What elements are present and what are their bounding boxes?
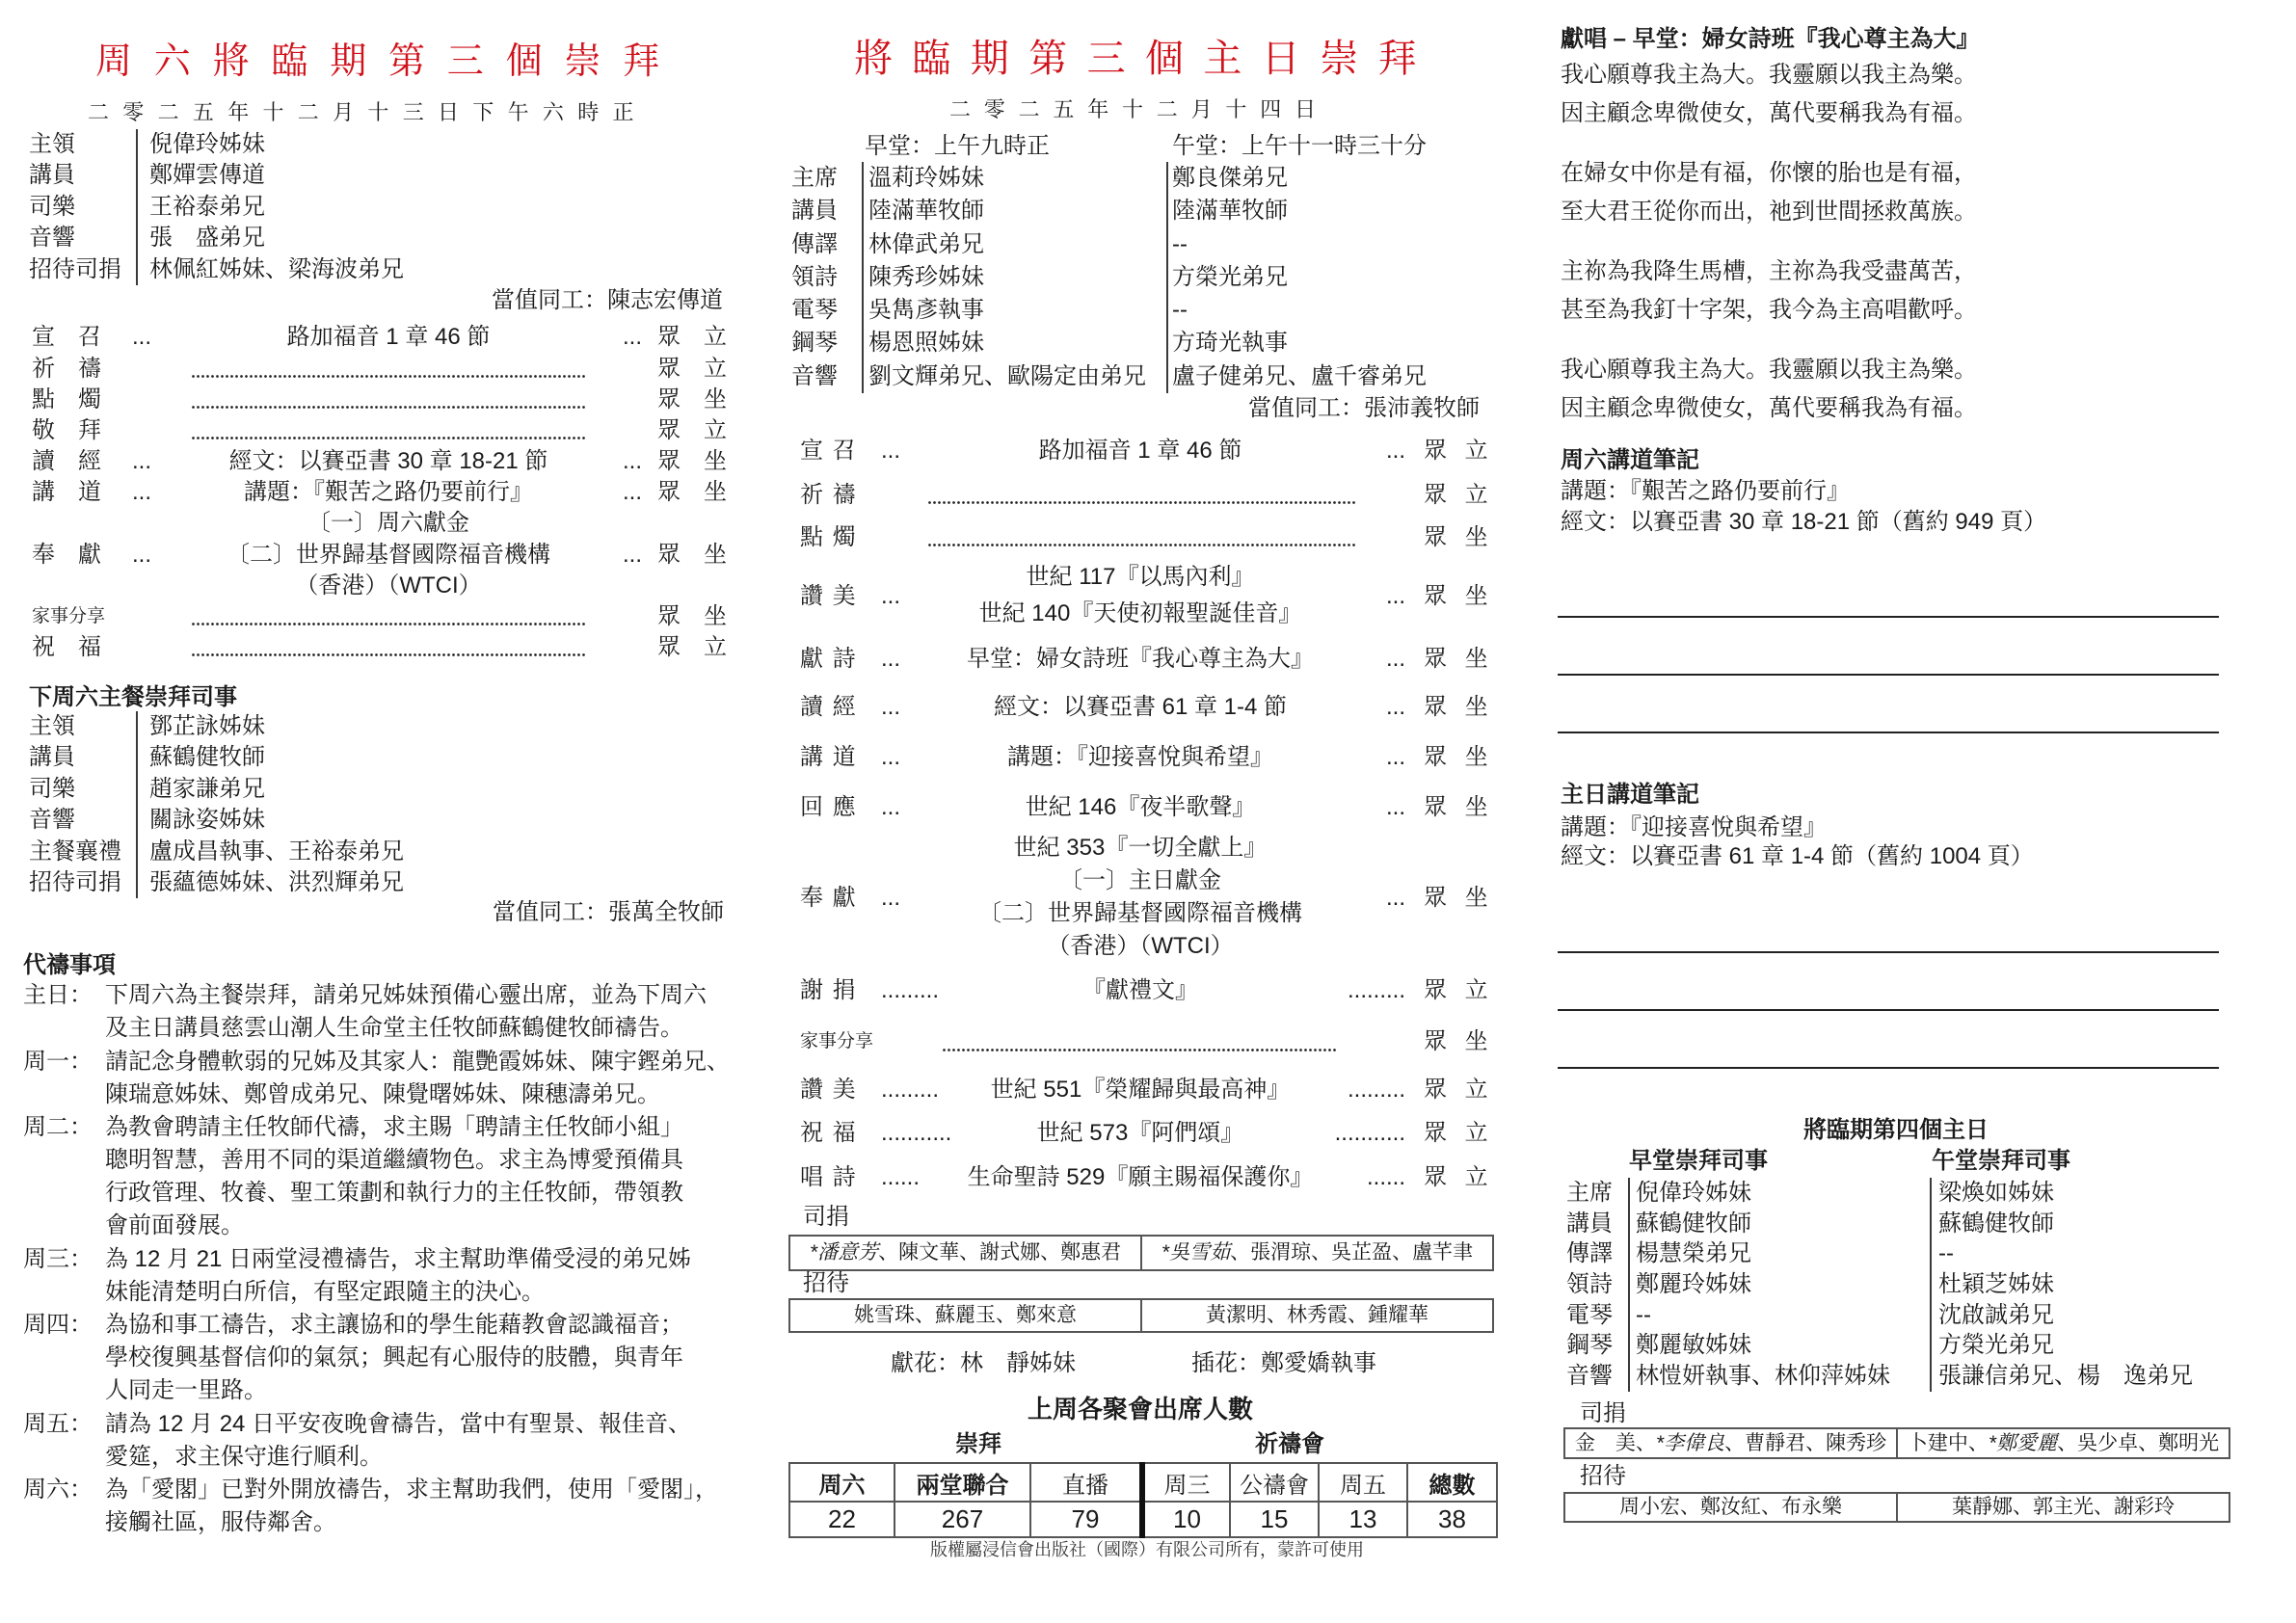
order-posture: 眾 坐: [657, 477, 727, 508]
order-posture: 眾 立: [1424, 480, 1488, 511]
attendance-value: 267: [894, 1502, 1030, 1537]
roster-role: 司樂: [29, 192, 136, 223]
prayer-line: 為協和事工禱告，求主讓協和的學生能藉教會認識福音；: [105, 1309, 683, 1342]
order-posture: 眾 立: [1424, 1118, 1488, 1149]
prayer-day: 主日：: [23, 979, 105, 1012]
order-posture: 眾 坐: [1424, 692, 1488, 723]
roster-early: --: [1628, 1300, 1930, 1331]
attendance-value: 79: [1030, 1502, 1142, 1537]
lyric-stanza: 我心願尊我主為大。我靈願以我主為樂。 因主顧念卑微使女，萬代要稱我為有福。: [1561, 56, 1977, 133]
roster-role: 領詩: [1566, 1269, 1628, 1300]
order-item: 祝 福: [800, 1118, 856, 1149]
prayer-day: 周五：: [23, 1408, 105, 1441]
prayer-heading: 代禱事項: [23, 950, 116, 981]
roster-early: 楊慧榮弟兄: [1628, 1238, 1930, 1269]
order-content: 世紀 573『阿們頌』: [928, 1118, 1352, 1149]
saturday-title: 周六將臨期第三個崇拜: [95, 39, 681, 85]
order-trail-dots: .........: [1323, 975, 1405, 1006]
order-trail-dots: ...: [1323, 742, 1405, 773]
note-writing-line: [1558, 951, 2219, 953]
roster-early: 倪偉玲姊妹: [1628, 1178, 1930, 1209]
order-trail-dots: ...: [623, 540, 642, 572]
roster-late: --: [1930, 1238, 1954, 1269]
order-content: 講題：『迎接喜悅與希望』: [928, 742, 1352, 773]
roster-role: 電琴: [791, 294, 862, 327]
lyric-stanza: 我心願尊我主為大。我靈願以我主為樂。 因主顧念卑微使女，萬代要稱我為有福。: [1561, 351, 1977, 428]
order-posture: 眾 坐: [1424, 581, 1488, 612]
order-lead-dots: ...: [132, 446, 151, 477]
order-lead-dots: ...: [881, 692, 900, 723]
order-content: 路加福音 1 章 46 節: [928, 436, 1352, 466]
roster-role: 鋼琴: [791, 327, 862, 359]
offering-names: 卜建中、: [1908, 1432, 1989, 1454]
next-saturday-roster: 主領鄧芷詠姊妹 講員蘇鶴健牧師 司樂趙家謙弟兄 音響關詠姿姊妹 主餐襄禮盧成昌執…: [29, 711, 404, 898]
order-item: 講 道: [800, 742, 856, 773]
offering-table: *潘意芳、陳文華、謝式娜、鄭惠君 *吳雪茹、張渭琼、吳芷盈、盧芊聿: [788, 1235, 1494, 1271]
prayer-line: 接觸社區，服侍鄰舍。: [105, 1506, 718, 1539]
saturday-duty-staff: 當值同工：陳志宏傳道: [434, 285, 723, 316]
dotted-leader: [942, 1049, 1338, 1051]
lyric-line: 我心願尊我主為大。我靈願以我主為樂。: [1561, 351, 1977, 389]
offering-lead-name: *李偉良: [1656, 1432, 1724, 1454]
prayer-line: 行政管理、牧養、聖工策劃和執行力的主任牧師，帶領教: [105, 1177, 683, 1210]
roster-name: 關詠姿姊妹: [136, 805, 265, 836]
note-writing-line: [1558, 732, 2219, 733]
note-writing-line: [1558, 674, 2219, 676]
order-item: 家事分享: [32, 601, 105, 632]
note-writing-line: [1558, 616, 2219, 618]
order-content-line: 〔二〕世界歸基督國際福音機構: [191, 540, 586, 572]
roster-early: 吳雋彥執事: [862, 294, 1166, 327]
offering-lead-name: *潘意芳: [810, 1241, 878, 1264]
roster-role: 司樂: [29, 774, 136, 805]
roster-role: 講員: [29, 742, 136, 773]
order-posture: 眾 坐: [1424, 792, 1488, 823]
lyric-line: 因主顧念卑微使女，萬代要稱我為有福。: [1561, 389, 1977, 428]
roster-late: 方榮光弟兄: [1930, 1330, 2054, 1361]
roster-late: --: [1166, 294, 1188, 327]
roster-name: 張蘊德姊妹、洪烈輝弟兄: [136, 867, 404, 898]
roster-late: --: [1166, 228, 1188, 261]
roster-name: 鄭嬋雲傳道: [136, 160, 265, 191]
next-sunday-late-header: 午堂崇拜司事: [1932, 1146, 2070, 1177]
order-lead-dots: ...: [881, 792, 900, 823]
order-lead-dots: ...: [881, 742, 900, 773]
roster-role: 主席: [1566, 1178, 1628, 1209]
roster-early: 鄭麗敏姊妹: [1628, 1330, 1930, 1361]
prayer-line: 請為 12 月 24 日平安夜晚會禱告，當中有聖景、報佳音、: [105, 1408, 691, 1441]
next-sunday-offering-table: 金 美、*李偉良、曹靜君、陳秀珍 卜建中、*鄭愛麗、吳少卓、鄭明光: [1563, 1427, 2230, 1459]
prayer-item: 周四： 為協和事工禱告，求主讓協和的學生能藉教會認識福音；學校復興基督信仰的氣氛…: [23, 1309, 730, 1407]
roster-row: 傳譯林偉武弟兄--: [791, 228, 1427, 261]
order-posture: 眾 立: [657, 632, 727, 663]
saturday-roster: 主領倪偉玲姊妹 講員鄭嬋雲傳道 司樂王裕泰弟兄 音響張 盛弟兄 招待司捐林佩紅姊…: [29, 129, 404, 285]
order-trail-dots: ...: [623, 446, 642, 477]
sunday-date: 二零二五年十二月十四日: [949, 94, 1329, 125]
order-trail-dots: .........: [1323, 1075, 1405, 1105]
roster-early: 林偉武弟兄: [862, 228, 1166, 261]
roster-late: 方琦光執事: [1166, 327, 1288, 359]
roster-role: 鋼琴: [1566, 1330, 1628, 1361]
dotted-leader: [191, 437, 586, 439]
order-content: 講題：『艱苦之路仍要前行』: [191, 477, 586, 508]
order-item: 講 道: [32, 477, 101, 508]
order-trail-dots: ...........: [1323, 1118, 1405, 1149]
note-writing-line: [1558, 1067, 2219, 1069]
order-posture: 眾 立: [1424, 1075, 1488, 1105]
order-posture: 眾 立: [657, 354, 727, 385]
order-posture: 眾 坐: [1424, 644, 1488, 675]
order-posture: 眾 坐: [1424, 1026, 1488, 1057]
order-item: 唱 詩: [800, 1162, 856, 1193]
order-item: 讀 經: [800, 692, 856, 723]
roster-early: 劉文輝弟兄、歐陽定由弟兄: [862, 360, 1166, 393]
roster-role: 音響: [29, 223, 136, 253]
order-posture: 眾 坐: [1424, 883, 1488, 914]
prayer-day: 周二：: [23, 1111, 105, 1144]
attendance-group-prayer: 祈禱會: [1193, 1429, 1386, 1460]
flower-arranging: 插花：鄭愛嬌執事: [1191, 1348, 1376, 1379]
prayer-item: 周三： 為 12 月 21 日兩堂浸禮禱告，求主幫助準備受浸的弟兄姊妹能清楚明白…: [23, 1243, 730, 1309]
next-saturday-heading: 下周六主餐崇拜司事: [29, 682, 237, 713]
next-sunday-ushers-label: 招待: [1580, 1461, 1626, 1492]
offering-cell-late: *吳雪茹、張渭琼、吳芷盈、盧芊聿: [1140, 1237, 1492, 1269]
order-trail-dots: ...: [1323, 581, 1405, 612]
order-lead-dots: ...: [881, 581, 900, 612]
order-posture: 眾 立: [1424, 1162, 1488, 1193]
prayer-line: 為教會聘請主任牧師代禱，求主賜「聘請主任牧師小組」: [105, 1111, 683, 1144]
roster-late: 杜穎芝姊妹: [1930, 1269, 2054, 1300]
lyric-line: 在婦女中你是有福，你懷的胎也是有福，: [1561, 154, 1977, 193]
order-lead-dots: ...: [132, 322, 151, 353]
order-item: 家事分享: [800, 1026, 873, 1057]
roster-role: 講員: [1566, 1209, 1628, 1239]
sunday-notes-scripture: 經文：以賽亞書 61 章 1-4 節（舊約 1004 頁）: [1561, 841, 2034, 872]
order-trail-dots: ...: [623, 477, 642, 508]
prayer-item: 周六： 為「愛閣」已對外開放禱告，求主幫助我們，使用「愛閣」，接觸社區，服侍鄰舍…: [23, 1474, 730, 1539]
order-posture: 眾 立: [657, 322, 727, 353]
order-content-line: 〔二〕世界歸基督國際福音機構: [928, 897, 1352, 930]
order-lead-dots: ......: [881, 1162, 920, 1193]
roster-role: 招待司捐: [29, 867, 136, 898]
order-content: 經文：以賽亞書 30 章 18-21 節: [191, 446, 586, 477]
ushers-cell-late: 黃潔明、林秀霞、鍾耀華: [1140, 1300, 1492, 1331]
order-trail-dots: ...: [1323, 692, 1405, 723]
order-item: 奉 獻: [800, 883, 856, 914]
roster-late: 梁煥如姊妹: [1930, 1178, 2054, 1209]
roster-role: 主餐襄禮: [29, 837, 136, 867]
roster-role: 音響: [791, 360, 862, 393]
order-content: 生命聖詩 529『願主賜福保護你』: [928, 1162, 1352, 1193]
order-trail-dots: ......: [1323, 1162, 1405, 1193]
order-item: 點 燭: [32, 385, 101, 415]
order-content: 經文：以賽亞書 61 章 1-4 節: [928, 692, 1352, 723]
sunday-notes-heading: 主日講道筆記: [1561, 780, 1699, 811]
attendance-value: 22: [789, 1502, 894, 1537]
roster-early: 林愷妍執事、林仰萍姊妹: [1628, 1361, 1930, 1392]
order-content: 世紀 146『夜半歌聲』: [928, 792, 1352, 823]
roster-row: 鋼琴鄭麗敏姊妹方榮光弟兄: [1566, 1330, 2193, 1361]
dotted-leader: [191, 653, 586, 656]
order-posture: 眾 立: [1424, 436, 1488, 466]
order-trail-dots: ...: [1323, 644, 1405, 675]
lyric-line: 至大君王從你而出，祂到世間拯救萬族。: [1561, 193, 1977, 231]
roster-early: 陸滿華牧師: [862, 195, 1166, 227]
roster-row: 主席溫莉玲姊妹鄭良傑弟兄: [791, 162, 1427, 195]
prayer-line: 陳瑞意姊妹、鄭曾成弟兄、陳覺曙姊妹、陳穗濤弟兄。: [105, 1078, 730, 1111]
roster-row: 講員陸滿華牧師陸滿華牧師: [791, 195, 1427, 227]
prayer-item: 周一： 請記念身體軟弱的兄姊及其家人：龍艷霞姊妹、陳宇鏗弟兄、陳瑞意姊妹、鄭曾成…: [23, 1046, 730, 1111]
prayer-day: 周一：: [23, 1046, 105, 1078]
sunday-title: 將臨期第三個主日崇拜: [854, 36, 1436, 82]
prayer-day: 周三：: [23, 1243, 105, 1276]
prayer-day: 周四：: [23, 1309, 105, 1342]
prayer-line: 學校復興基督信仰的氣氛；興起有心服侍的肢體，與青年: [105, 1342, 683, 1374]
offering-names: 、吳少卓、鄭明光: [2057, 1432, 2219, 1454]
roster-row: 傳譯楊慧榮弟兄--: [1566, 1238, 2193, 1269]
roster-late: 鄭良傑弟兄: [1166, 162, 1288, 195]
next-sunday-ushers-table: 周小宏、鄭汝紅、布永樂 葉靜娜、郭主光、謝彩玲: [1563, 1492, 2230, 1523]
order-content-line: （香港）（WTCI）: [928, 930, 1352, 963]
prayer-day: 周六：: [23, 1474, 105, 1506]
order-content-line: 〔一〕周六獻金: [191, 508, 586, 540]
order-item: 奉 獻: [32, 540, 101, 572]
lyric-stanza: 主祢為我降生馬槽，主祢為我受盡萬苦， 甚至為我釘十字架，我今為主高唱歡呼。: [1561, 253, 1977, 330]
ushers-cell-late: 葉靜娜、郭主光、謝彩玲: [1896, 1494, 2229, 1521]
saturday-notes-topic: 講題：『艱苦之路仍要前行』: [1561, 476, 1850, 507]
next-sunday-title: 將臨期第四個主日: [1703, 1115, 2089, 1146]
note-writing-line: [1558, 1009, 2219, 1011]
roster-row: 司樂趙家謙弟兄: [29, 774, 404, 805]
roster-row: 音響張 盛弟兄: [29, 223, 404, 253]
order-item: 宣 召: [32, 322, 101, 353]
roster-early: 蘇鶴健牧師: [1628, 1209, 1930, 1239]
order-trail-dots: ...: [1323, 883, 1405, 914]
order-lead-dots: ...: [881, 644, 900, 675]
order-item: 祝 福: [32, 632, 101, 663]
order-posture: 眾 坐: [657, 601, 727, 632]
sunday-duty-staff: 當值同工：張沛義牧師: [1190, 393, 1480, 424]
anthem-heading: 獻唱 – 早堂：婦女詩班『我心尊主為大』: [1561, 24, 1980, 55]
roster-row: 電琴吳雋彥執事--: [791, 294, 1427, 327]
order-posture: 眾 坐: [657, 385, 727, 415]
lyric-line: 甚至為我釘十字架，我今為主高唱歡呼。: [1561, 291, 1977, 330]
order-content-line: 〔一〕主日獻金: [928, 865, 1352, 897]
order-item: 點 燭: [800, 522, 856, 553]
offering-names: 、陳文華、謝式娜、鄭惠君: [878, 1241, 1121, 1264]
attendance-values-row: 22 267 79 10 15 13 38: [789, 1502, 1497, 1537]
prayer-line: 妹能清楚明白所信，有堅定跟隨主的決心。: [105, 1276, 691, 1309]
order-posture: 眾 立: [1424, 975, 1488, 1006]
roster-early: 鄭麗玲姊妹: [1628, 1269, 1930, 1300]
saturday-datetime: 二零二五年十二月十三日下午六時正: [88, 97, 648, 128]
order-posture: 眾 坐: [1424, 522, 1488, 553]
roster-role: 主領: [29, 129, 136, 160]
roster-early: 陳秀珍姊妹: [862, 261, 1166, 294]
lyric-line: 我心願尊我主為大。我靈願以我主為樂。: [1561, 56, 1977, 94]
offering-cell-early: 金 美、*李偉良、曹靜君、陳秀珍: [1565, 1429, 1896, 1457]
roster-name: 王裕泰弟兄: [136, 192, 265, 223]
attendance-header: 直播: [1030, 1463, 1142, 1502]
order-item: 回 應: [800, 792, 856, 823]
attendance-header: 兩堂聯合: [894, 1463, 1030, 1502]
order-content-line: 世紀 353『一切全獻上』: [928, 832, 1352, 865]
dotted-leader: [191, 623, 586, 625]
prayer-line: 愛筵，求主保守進行順利。: [105, 1441, 691, 1474]
roster-role: 領詩: [791, 261, 862, 294]
attendance-header: 周六: [789, 1463, 894, 1502]
order-item: 獻 詩: [800, 644, 856, 675]
roster-role: 主席: [791, 162, 862, 195]
attendance-header: 周三: [1142, 1463, 1230, 1502]
attendance-group-worship: 崇拜: [882, 1429, 1075, 1460]
prayer-line: 下周六為主餐崇拜，請弟兄姊妹預備心靈出席，並為下周六: [105, 979, 707, 1012]
offering-cell-early: *潘意芳、陳文華、謝式娜、鄭惠君: [790, 1237, 1140, 1269]
order-lead-dots: ...: [881, 883, 900, 914]
attendance-header-row: 周六 兩堂聯合 直播 周三 公禱會 周五 總數: [789, 1463, 1497, 1502]
anthem-lyrics: 我心願尊我主為大。我靈願以我主為樂。 因主顧念卑微使女，萬代要稱我為有福。 在婦…: [1561, 56, 1977, 449]
order-posture: 眾 立: [657, 415, 727, 446]
order-item: 祈 禱: [800, 480, 856, 511]
attendance-header: 公禱會: [1230, 1463, 1319, 1502]
order-content-lines: 〔一〕周六獻金 〔二〕世界歸基督國際福音機構 （香港）（WTCI）: [191, 508, 586, 602]
order-item: 敬 拜: [32, 415, 101, 446]
order-trail-dots: ...: [1323, 792, 1405, 823]
order-posture: 眾 坐: [657, 446, 727, 477]
order-content: 早堂：婦女詩班『我心尊主為大』: [928, 644, 1352, 675]
roster-row: 招待司捐張蘊德姊妹、洪烈輝弟兄: [29, 867, 404, 898]
attendance-value: 15: [1230, 1502, 1319, 1537]
roster-row: 司樂王裕泰弟兄: [29, 192, 404, 223]
roster-name: 蘇鶴健牧師: [136, 742, 265, 773]
sunday-roster: 主席溫莉玲姊妹鄭良傑弟兄 講員陸滿華牧師陸滿華牧師 傳譯林偉武弟兄-- 領詩陳秀…: [791, 162, 1427, 393]
order-trail-dots: ...: [623, 322, 642, 353]
prayer-line: 聰明智慧，善用不同的渠道繼續物色。求主為博愛預備具: [105, 1144, 683, 1177]
order-content: 『獻禮文』: [928, 975, 1352, 1006]
roster-role: 講員: [791, 195, 862, 227]
offering-lead-name: *吳雪茹: [1161, 1241, 1230, 1264]
attendance-value: 38: [1407, 1502, 1497, 1537]
attendance-title: 上周各聚會出席人數: [948, 1394, 1333, 1424]
prayer-item: 周二： 為教會聘請主任牧師代禱，求主賜「聘請主任牧師小組」聰明智慧，善用不同的渠…: [23, 1111, 730, 1242]
dotted-leader: [927, 501, 1355, 504]
roster-row: 領詩陳秀珍姊妹方榮光弟兄: [791, 261, 1427, 294]
order-posture: 眾 坐: [1424, 742, 1488, 773]
roster-name: 盧成昌執事、王裕泰弟兄: [136, 837, 404, 867]
copyright-notice: 版權屬浸信會出版社（國際）有限公司所有，蒙許可使用: [906, 1538, 1388, 1561]
prayer-line: 請記念身體軟弱的兄姊及其家人：龍艷霞姊妹、陳宇鏗弟兄、: [105, 1046, 730, 1078]
lyric-stanza: 在婦女中你是有福，你懷的胎也是有福， 至大君王從你而出，祂到世間拯救萬族。: [1561, 154, 1977, 231]
order-item: 祈 禱: [32, 354, 101, 385]
roster-row: 領詩鄭麗玲姊妹杜穎芝姊妹: [1566, 1269, 2193, 1300]
roster-role: 主領: [29, 711, 136, 742]
offering-lead-name: *鄭愛麗: [1989, 1432, 2057, 1454]
dotted-leader: [191, 375, 586, 378]
roster-row: 電琴--沈啟誠弟兄: [1566, 1300, 2193, 1331]
order-posture: 眾 坐: [657, 540, 727, 572]
order-item: 謝 捐: [800, 975, 856, 1006]
order-item: 讚 美: [800, 1075, 856, 1105]
saturday-notes-scripture: 經文：以賽亞書 30 章 18-21 節（舊約 949 頁）: [1561, 507, 2046, 538]
offering-names: 、張渭琼、吳芷盈、盧芊聿: [1230, 1241, 1473, 1264]
flowers-offered: 獻花：林 靜姊妹: [891, 1348, 1076, 1379]
next-saturday-duty-staff: 當值同工：張萬全牧師: [435, 897, 724, 928]
order-lead-dots: ...: [132, 477, 151, 508]
roster-role: 講員: [29, 160, 136, 191]
roster-name: 張 盛弟兄: [136, 223, 265, 253]
attendance-value: 10: [1142, 1502, 1230, 1537]
prayer-item: 周五： 請為 12 月 24 日平安夜晚會禱告，當中有聖景、報佳音、愛筵，求主保…: [23, 1408, 730, 1474]
prayer-item: 主日： 下周六為主餐崇拜，請弟兄姊妹預備心靈出席，並為下周六及主日講員慈雲山潮人…: [23, 979, 730, 1045]
roster-name: 倪偉玲姊妹: [136, 129, 265, 160]
dotted-leader: [927, 544, 1355, 546]
roster-late: 方榮光弟兄: [1166, 261, 1288, 294]
order-item: 宣 召: [800, 436, 856, 466]
order-content-line: （香港）（WTCI）: [191, 571, 586, 602]
offering-names: 、曹靜君、陳秀珍: [1724, 1432, 1886, 1454]
order-content: 世紀 551『榮耀歸與最高神』: [928, 1075, 1352, 1105]
roster-name: 林佩紅姊妹、梁海波弟兄: [136, 254, 404, 285]
prayer-line: 為 12 月 21 日兩堂浸禮禱告，求主幫助準備受浸的弟兄姊: [105, 1243, 691, 1276]
ushers-cell-early: 姚雪珠、蘇麗玉、鄭來意: [790, 1300, 1140, 1331]
roster-name: 趙家謙弟兄: [136, 774, 265, 805]
attendance-table: 周六 兩堂聯合 直播 周三 公禱會 周五 總數 22 267 79 10 15 …: [788, 1462, 1498, 1538]
roster-name: 鄧芷詠姊妹: [136, 711, 265, 742]
sunday-notes-topic: 講題：『迎接喜悅與希望』: [1561, 812, 1827, 843]
order-content-lines: 世紀 353『一切全獻上』 〔一〕主日獻金 〔二〕世界歸基督國際福音機構 （香港…: [928, 832, 1352, 963]
roster-role: 音響: [29, 805, 136, 836]
roster-role: 傳譯: [1566, 1238, 1628, 1269]
next-sunday-offering-label: 司捐: [1580, 1398, 1626, 1429]
roster-row: 主領倪偉玲姊妹: [29, 129, 404, 160]
roster-row: 主席倪偉玲姊妹梁煥如姊妹: [1566, 1178, 2193, 1209]
roster-late: 張謙信弟兄、楊 逸弟兄: [1930, 1361, 2193, 1392]
roster-row: 講員蘇鶴健牧師: [29, 742, 404, 773]
offering-names: 金 美、: [1575, 1432, 1656, 1454]
roster-role: 傳譯: [791, 228, 862, 261]
roster-late: 陸滿華牧師: [1166, 195, 1288, 227]
roster-row: 鋼琴楊恩照姊妹方琦光執事: [791, 327, 1427, 359]
lyric-line: 主祢為我降生馬槽，主祢為我受盡萬苦，: [1561, 253, 1977, 291]
next-sunday-early-header: 早堂崇拜司事: [1629, 1146, 1768, 1177]
roster-row: 音響林愷妍執事、林仰萍姊妹張謙信弟兄、楊 逸弟兄: [1566, 1361, 2193, 1392]
prayer-line: 為「愛閣」已對外開放禱告，求主幫助我們，使用「愛閣」，: [105, 1474, 718, 1506]
ushers-table: 姚雪珠、蘇麗玉、鄭來意 黃潔明、林秀霞、鍾耀華: [788, 1298, 1494, 1333]
dotted-leader: [191, 406, 586, 409]
roster-late: 蘇鶴健牧師: [1930, 1209, 2054, 1239]
early-service-time: 早堂：上午九時正: [865, 131, 1050, 162]
roster-row: 音響關詠姿姊妹: [29, 805, 404, 836]
next-sunday-roster: 主席倪偉玲姊妹梁煥如姊妹 講員蘇鶴健牧師蘇鶴健牧師 傳譯楊慧榮弟兄-- 領詩鄭麗…: [1566, 1178, 2193, 1392]
prayer-line: 會前面發展。: [105, 1210, 683, 1242]
hymn-line: 世紀 140『天使初報聖誕佳音』: [928, 596, 1352, 632]
roster-role: 音響: [1566, 1361, 1628, 1392]
order-lead-dots: ...: [132, 540, 151, 572]
late-service-time: 午堂：上午十一時三十分: [1172, 131, 1427, 162]
saturday-notes-heading: 周六講道筆記: [1561, 445, 1699, 476]
roster-row: 主餐襄禮盧成昌執事、王裕泰弟兄: [29, 837, 404, 867]
attendance-value: 13: [1319, 1502, 1407, 1537]
attendance-header: 總數: [1407, 1463, 1497, 1502]
offering-cell-late: 卜建中、*鄭愛麗、吳少卓、鄭明光: [1896, 1429, 2229, 1457]
offering-label: 司捐: [803, 1202, 849, 1233]
roster-role: 招待司捐: [29, 254, 136, 285]
order-item: 讀 經: [32, 446, 101, 477]
roster-early: 溫莉玲姊妹: [862, 162, 1166, 195]
order-content: 路加福音 1 章 46 節: [191, 322, 586, 353]
order-content-lines: 世紀 117『以馬內利』 世紀 140『天使初報聖誕佳音』: [928, 559, 1352, 632]
prayer-line: 及主日講員慈雲山潮人生命堂主任牧師蘇鶴健牧師禱告。: [105, 1012, 707, 1045]
